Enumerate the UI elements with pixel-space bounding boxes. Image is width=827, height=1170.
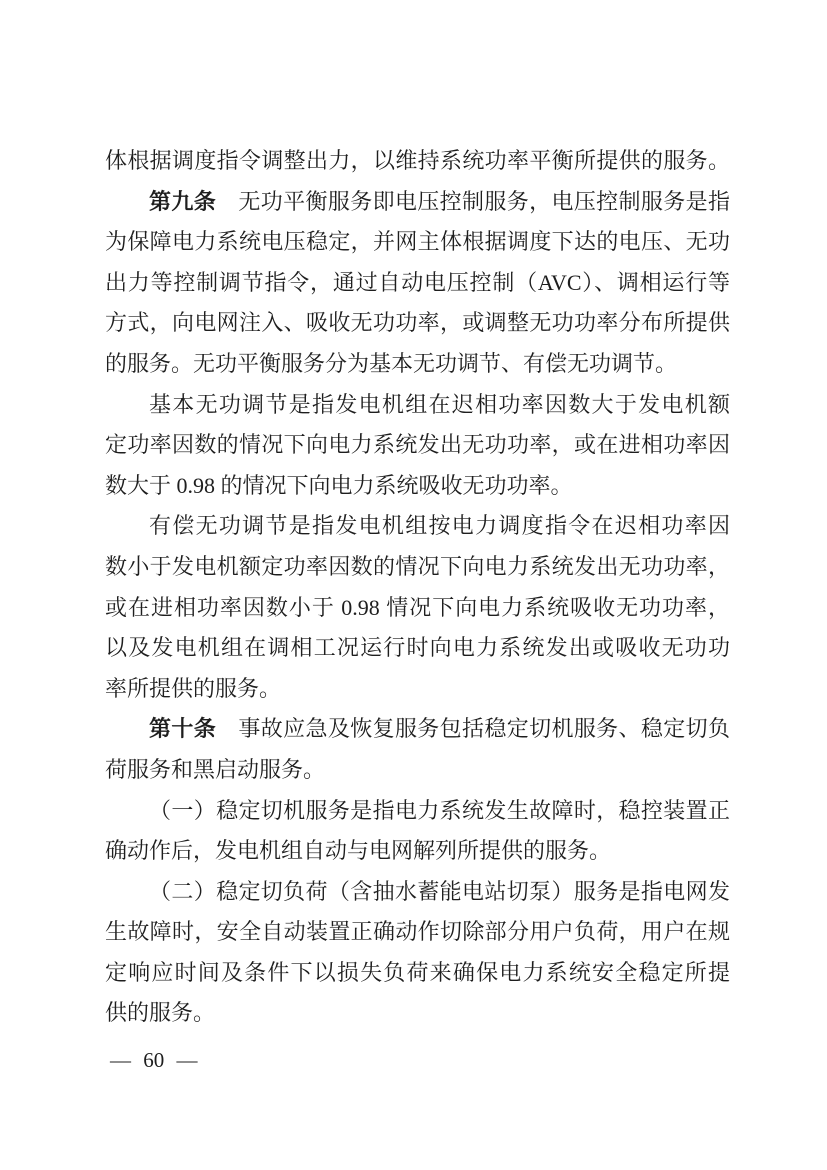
text-run: 出力等控制调节指令，通过自动电压控制（AVC）、调相运行等: [105, 270, 730, 295]
text-line: 或在进相功率因数小于 0.98 情况下向电力系统吸收无功功率，: [105, 588, 730, 629]
text-run: （一）稳定切机服务是指电力系统发生故障时，稳控装置正: [149, 798, 730, 823]
text-run: 定响应时间及条件下以损失负荷来确保电力系统安全稳定所提: [105, 960, 730, 985]
text-line: 为保障电力系统电压稳定，并网主体根据调度下达的电压、无功: [105, 222, 730, 263]
text-line: 生故障时，安全自动装置正确动作切除部分用户负荷，用户在规: [105, 912, 730, 953]
text-line: 率所提供的服务。: [105, 669, 730, 710]
text-run: 以及发电机组在调相工况运行时向电力系统发出或吸收无功功: [105, 635, 730, 660]
text-run: 生故障时，安全自动装置正确动作切除部分用户负荷，用户在规: [105, 919, 730, 944]
text-line: 第九条 无功平衡服务即电压控制服务，电压控制服务是指: [105, 182, 730, 223]
text-run: 数小于发电机额定功率因数的情况下向电力系统发出无功功率，: [105, 554, 730, 579]
text-line: 以及发电机组在调相工况运行时向电力系统发出或吸收无功功: [105, 628, 730, 669]
text-line: 方式，向电网注入、吸收无功功率，或调整无功功率分布所提供: [105, 303, 730, 344]
text-run: 率所提供的服务。: [105, 676, 281, 701]
text-run: 为保障电力系统电压稳定，并网主体根据调度下达的电压、无功: [105, 229, 730, 254]
document-body: 体根据调度指令调整出力，以维持系统功率平衡所提供的服务。第九条 无功平衡服务即电…: [105, 141, 730, 1034]
paragraph: 基本无功调节是指发电机组在迟相功率因数大于发电机额定功率因数的情况下向电力系统发…: [105, 385, 730, 507]
text-run: 定功率因数的情况下向电力系统发出无功功率，或在进相功率因: [105, 432, 730, 457]
text-line: 有偿无功调节是指发电机组按电力调度指令在迟相功率因: [105, 506, 730, 547]
text-line: 第十条 事故应急及恢复服务包括稳定切机服务、稳定切负: [105, 709, 730, 750]
text-line: 数大于 0.98 的情况下向电力系统吸收无功功率。: [105, 466, 730, 507]
text-line: 荷服务和黑启动服务。: [105, 750, 730, 791]
paragraph: （二）稳定切负荷（含抽水蓄能电站切泵）服务是指电网发生故障时，安全自动装置正确动…: [105, 872, 730, 1034]
document-page: 体根据调度指令调整出力，以维持系统功率平衡所提供的服务。第九条 无功平衡服务即电…: [0, 0, 827, 1170]
text-line: 供的服务。: [105, 993, 730, 1034]
text-line: （一）稳定切机服务是指电力系统发生故障时，稳控装置正: [105, 791, 730, 832]
paragraph: 第九条 无功平衡服务即电压控制服务，电压控制服务是指为保障电力系统电压稳定，并网…: [105, 182, 730, 385]
paragraph: 有偿无功调节是指发电机组按电力调度指令在迟相功率因数小于发电机额定功率因数的情况…: [105, 506, 730, 709]
text-run: 荷服务和黑启动服务。: [105, 757, 325, 782]
paragraph: 体根据调度指令调整出力，以维持系统功率平衡所提供的服务。: [105, 141, 730, 182]
page-number: — 60 —: [110, 1046, 198, 1074]
text-run: （二）稳定切负荷（含抽水蓄能电站切泵）服务是指电网发: [149, 879, 730, 904]
text-run: 确动作后，发电机组自动与电网解列所提供的服务。: [105, 838, 611, 863]
paragraph: 第十条 事故应急及恢复服务包括稳定切机服务、稳定切负荷服务和黑启动服务。: [105, 709, 730, 790]
paragraph: （一）稳定切机服务是指电力系统发生故障时，稳控装置正确动作后，发电机组自动与电网…: [105, 791, 730, 872]
text-run: 事故应急及恢复服务包括稳定切机服务、稳定切负: [216, 716, 730, 741]
text-line: 确动作后，发电机组自动与电网解列所提供的服务。: [105, 831, 730, 872]
text-line: 定响应时间及条件下以损失负荷来确保电力系统安全稳定所提: [105, 953, 730, 994]
text-line: 定功率因数的情况下向电力系统发出无功功率，或在进相功率因: [105, 425, 730, 466]
text-run: 数大于 0.98 的情况下向电力系统吸收无功功率。: [105, 473, 573, 498]
text-run: 无功平衡服务即电压控制服务，电压控制服务是指: [216, 189, 730, 214]
text-run: 基本无功调节是指发电机组在迟相功率因数大于发电机额: [149, 392, 730, 417]
article-number: 第十条: [149, 716, 216, 741]
text-line: 出力等控制调节指令，通过自动电压控制（AVC）、调相运行等: [105, 263, 730, 304]
article-number: 第九条: [149, 189, 216, 214]
text-run: 体根据调度指令调整出力，以维持系统功率平衡所提供的服务。: [105, 148, 730, 173]
text-line: （二）稳定切负荷（含抽水蓄能电站切泵）服务是指电网发: [105, 872, 730, 913]
text-run: 或在进相功率因数小于 0.98 情况下向电力系统吸收无功功率，: [105, 595, 730, 620]
text-line: 的服务。无功平衡服务分为基本无功调节、有偿无功调节。: [105, 344, 730, 385]
text-run: 有偿无功调节是指发电机组按电力调度指令在迟相功率因: [149, 513, 730, 538]
text-run: 的服务。无功平衡服务分为基本无功调节、有偿无功调节。: [105, 351, 677, 376]
text-run: 方式，向电网注入、吸收无功功率，或调整无功功率分布所提供: [105, 310, 730, 335]
text-line: 数小于发电机额定功率因数的情况下向电力系统发出无功功率，: [105, 547, 730, 588]
text-line: 体根据调度指令调整出力，以维持系统功率平衡所提供的服务。: [105, 141, 730, 182]
text-run: 供的服务。: [105, 1000, 215, 1025]
text-line: 基本无功调节是指发电机组在迟相功率因数大于发电机额: [105, 385, 730, 426]
